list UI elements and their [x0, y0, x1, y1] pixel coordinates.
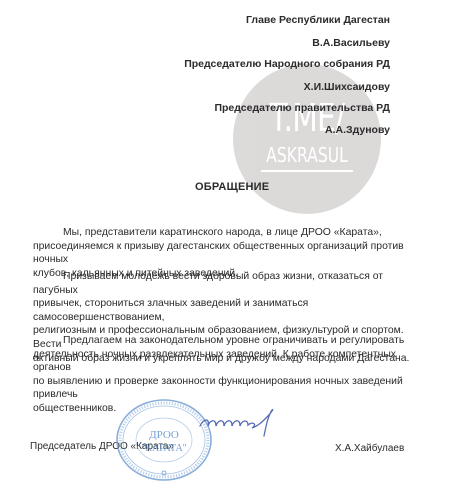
addressee-line: Главе Республики Дагестан [246, 14, 390, 26]
signatory-name: Х.А.Хайбулаев [335, 443, 404, 454]
paragraph-line: привычек, сторониться злачных заведений … [33, 297, 413, 324]
svg-text:ДРОО: ДРОО [149, 429, 179, 441]
document-page: T.ME/ ASKRASUL Главе Республики Дагестан… [0, 0, 452, 500]
paragraph-line: деятельность ночных развлекательных заве… [33, 348, 413, 375]
paragraph-line: Призываем молодежь вести здоровый образ … [33, 270, 413, 297]
document-title: ОБРАЩЕНИЕ [195, 181, 269, 193]
paragraph-line: присоединяемся к призыву дагестанских об… [33, 240, 413, 267]
paragraph-line: по выявлению и проверке законности функц… [33, 375, 413, 402]
watermark-underline [261, 170, 353, 172]
addressee-line: В.А.Васильеву [312, 37, 390, 49]
addressee-line: Председателю правительства РД [214, 102, 390, 114]
handwritten-signature [196, 404, 286, 440]
paragraph-line: Мы, представители каратинского народа, в… [33, 226, 413, 240]
watermark-line2: ASKRASUL [249, 143, 364, 167]
addressee-line: Председателю Народного собрания РД [184, 58, 390, 70]
addressee-line: Х.И.Шихсаидову [304, 81, 390, 93]
svg-text:"КАРАТА": "КАРАТА" [141, 443, 187, 454]
addressee-line: А.А.Здунову [325, 124, 390, 136]
paragraph-line: Предлагаем на законодательном уровне огр… [33, 334, 413, 348]
